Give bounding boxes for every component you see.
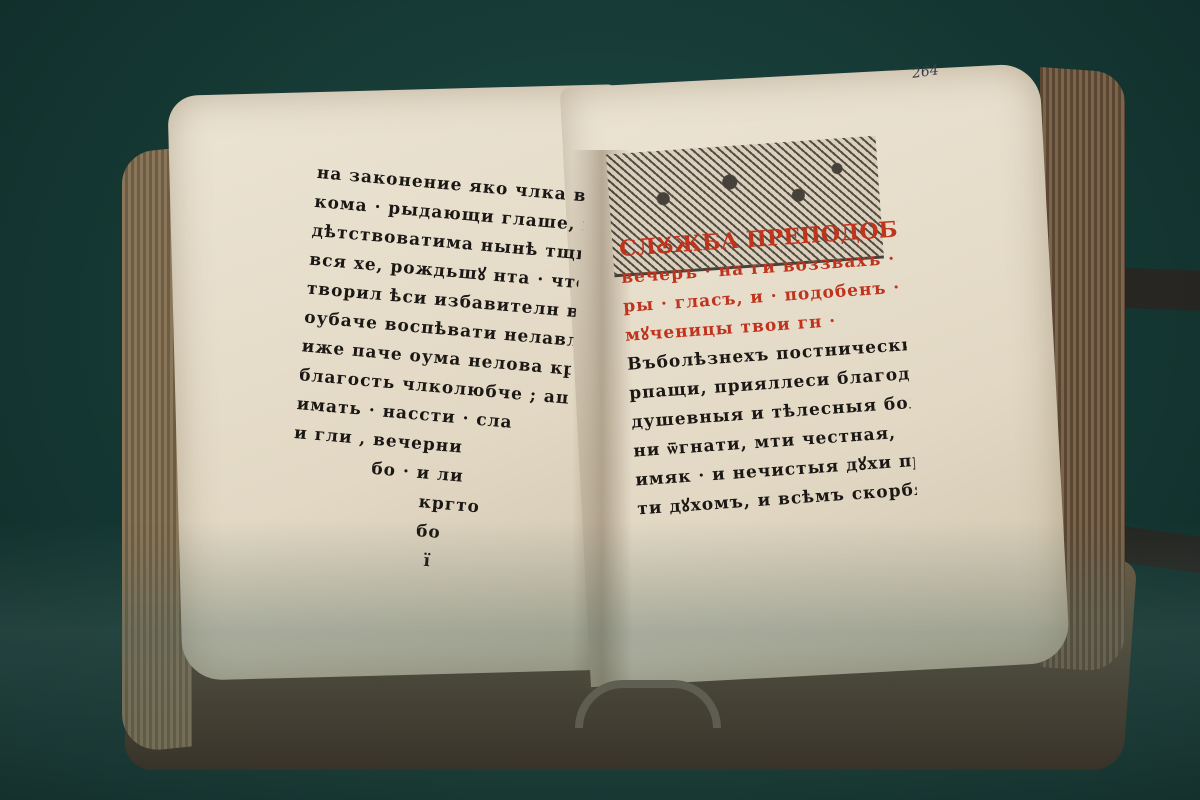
right-page-text: СЛꙊЖБА ПРЕПОДОБНОМꙊ вечеръ · на ги воззв… [618,216,918,525]
glass-reflection [0,520,1200,800]
